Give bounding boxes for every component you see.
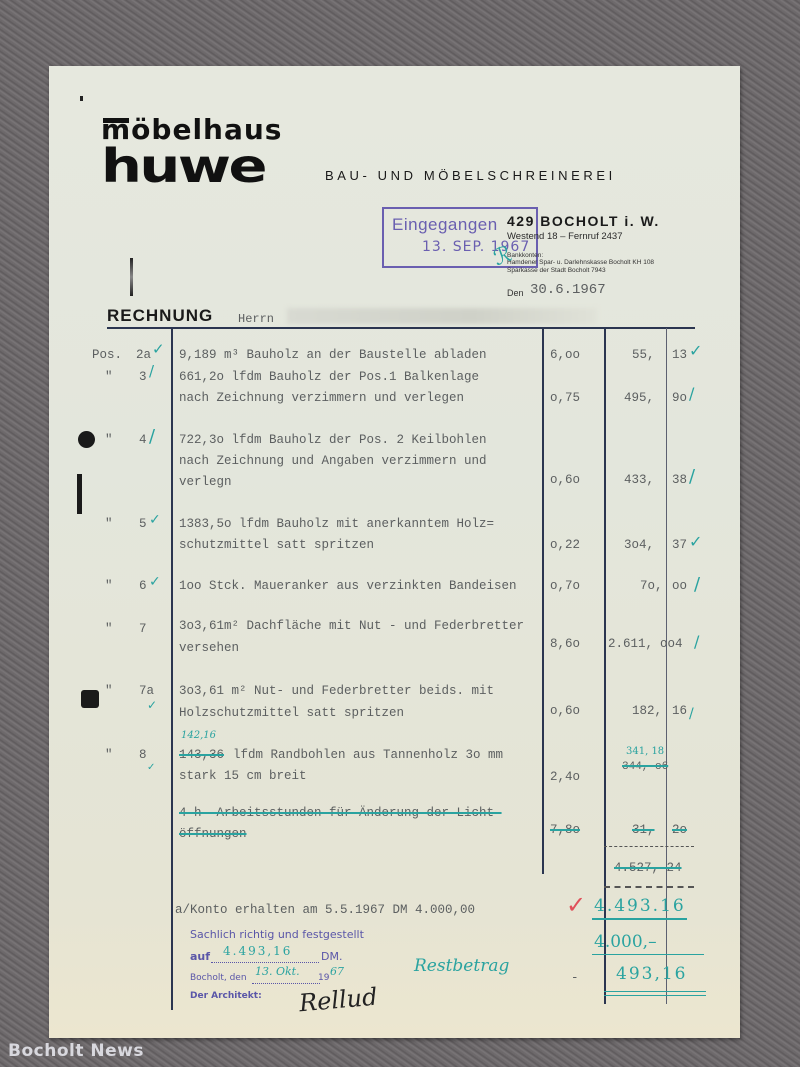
red-check-icon: ✓ bbox=[566, 891, 586, 919]
salutation: Herrn bbox=[238, 312, 274, 326]
auf-dots bbox=[211, 962, 319, 963]
total-dm: 55, bbox=[632, 348, 655, 362]
pos-prefix: " bbox=[105, 622, 113, 636]
subtotal-struck: 4.527, 24 bbox=[614, 861, 682, 875]
check-icon: / bbox=[149, 426, 155, 447]
check-icon: ✓ bbox=[689, 341, 702, 360]
unit-price: 6,oo bbox=[550, 348, 580, 362]
company-city: 429 BOCHOLT i. W. bbox=[507, 213, 660, 229]
total-pf: 38 bbox=[672, 473, 687, 487]
restbetrag-note: Restbetrag bbox=[414, 956, 509, 976]
total-dm: 495, bbox=[624, 391, 654, 405]
invoice-title: RECHNUNG bbox=[107, 306, 213, 326]
balance-double-underline bbox=[604, 991, 706, 992]
unit-price: o,7o bbox=[550, 579, 580, 593]
pos-prefix: Pos. bbox=[92, 348, 122, 362]
total-struck: 344, o6 bbox=[622, 761, 668, 773]
pos-prefix: " bbox=[105, 579, 113, 593]
check-icon: / bbox=[694, 632, 699, 651]
item-desc-struck: 4 h Arbeitsstunden für Änderung der Lich… bbox=[179, 806, 502, 820]
check-icon: ✓ bbox=[149, 512, 161, 528]
item-desc: 1oo Stck. Maueranker aus verzinkten Band… bbox=[179, 579, 517, 593]
total-dashes bbox=[604, 886, 694, 888]
pos-number: 6 bbox=[139, 579, 147, 593]
pos-number: 7a bbox=[139, 684, 154, 698]
item-desc: lfdm Randbohlen aus Tannenholz 3o mm bbox=[233, 748, 503, 762]
total-dm: 182, bbox=[632, 704, 662, 718]
punch-mark bbox=[130, 258, 133, 296]
item-desc: 9,189 m³ Bauholz an der Baustelle ablade… bbox=[179, 348, 487, 362]
qty-struck: 143,36 bbox=[179, 748, 224, 762]
auf-label: auf bbox=[190, 950, 210, 963]
total-dm-struck: 31, bbox=[632, 823, 655, 837]
item-desc: 722,3o lfdm Bauholz der Pos. 2 Keilbohle… bbox=[179, 433, 487, 447]
year-suffix: 67 bbox=[330, 965, 344, 978]
total-pf: 37 bbox=[672, 538, 687, 552]
check-icon: / bbox=[689, 466, 695, 487]
balance-sign: - bbox=[571, 971, 579, 985]
total-pf-struck: 2o bbox=[672, 823, 687, 837]
total-dm: 7o, bbox=[640, 579, 663, 593]
check-icon: ✓ bbox=[149, 574, 161, 590]
unit-price-struck: 7,8o bbox=[550, 823, 580, 837]
brand-line2: huwe bbox=[101, 146, 265, 186]
check-icon: / bbox=[149, 362, 154, 380]
punch-mark bbox=[80, 96, 83, 101]
item-desc: nach Zeichnung verzimmern und verlegen bbox=[179, 391, 464, 405]
balance: 493,16 bbox=[616, 964, 687, 984]
pos-number: 8 bbox=[139, 748, 147, 762]
item-desc-struck: öffnungen bbox=[179, 827, 247, 841]
corrected-total: 4.493.16 bbox=[594, 896, 686, 916]
date-label: Den bbox=[507, 288, 524, 298]
date-dots bbox=[252, 983, 320, 984]
item-desc: stark 15 cm breit bbox=[179, 769, 307, 783]
unit-price: 2,4o bbox=[550, 770, 580, 784]
invoice-date: 30.6.1967 bbox=[530, 282, 606, 298]
auf-value: 4.493,16 bbox=[223, 944, 292, 958]
pos-prefix: " bbox=[105, 433, 113, 447]
total-pf: 13 bbox=[672, 348, 687, 362]
architect-signature: Rellud bbox=[298, 983, 379, 1018]
stamp-label: Eingegangen bbox=[392, 215, 498, 235]
invoice-paper: möbelhaus huwe BAU- UND MÖBELSCHREINEREI… bbox=[49, 66, 740, 1038]
unit-price: o,75 bbox=[550, 391, 580, 405]
year-prefix: 19 bbox=[318, 973, 329, 983]
punch-hole bbox=[78, 431, 95, 448]
unit-price: o,22 bbox=[550, 538, 580, 552]
total-correction: 341, 18 bbox=[626, 746, 664, 757]
total-pf: 16 bbox=[672, 704, 687, 718]
dm-label: DM. bbox=[321, 950, 342, 963]
pos-number: 2a bbox=[136, 348, 151, 362]
check-icon: / bbox=[689, 706, 694, 722]
item-desc: versehen bbox=[179, 641, 239, 655]
pos-number: 3 bbox=[139, 370, 147, 384]
pos-prefix: " bbox=[105, 370, 113, 384]
architect-label: Der Architekt: bbox=[190, 991, 262, 1001]
balance-double-underline bbox=[604, 995, 706, 996]
total-dm: 3o4, bbox=[624, 538, 654, 552]
total-dm: 433, bbox=[624, 473, 654, 487]
total-dm: 2.611, bbox=[608, 637, 653, 651]
check-icon: ✓ bbox=[147, 698, 157, 712]
punch-hole bbox=[81, 690, 99, 708]
unit-price: 8,6o bbox=[550, 637, 580, 651]
check-icon: ✓ bbox=[152, 340, 165, 358]
item-desc: 3o3,61 m² Nut- und Federbretter beids. m… bbox=[179, 684, 494, 698]
company-address: Westend 18 – Fernruf 2437 bbox=[507, 231, 622, 242]
item-desc: 3o3,61m² Dachfläche mit Nut - und Federb… bbox=[179, 619, 524, 633]
certification-line: Sachlich richtig und festgestellt bbox=[190, 928, 364, 941]
item-desc: 1383,5o lfdm Bauholz mit anerkanntem Hol… bbox=[179, 517, 494, 531]
item-desc: schutzmittel satt spritzen bbox=[179, 538, 374, 552]
bank-account-1: Hamdener Spar- u. Darlehnskasse Bocholt … bbox=[507, 259, 654, 266]
pos-number: 5 bbox=[139, 517, 147, 531]
total-underline bbox=[592, 918, 687, 920]
tagline: BAU- UND MÖBELSCHREINEREI bbox=[325, 168, 616, 183]
column-line-desc bbox=[171, 328, 173, 1010]
advance-underline bbox=[592, 954, 704, 955]
item-desc: verlegn bbox=[179, 475, 232, 489]
total-pf: 9o bbox=[672, 391, 687, 405]
item-desc: 661,2o lfdm Bauholz der Pos.1 Balkenlage bbox=[179, 370, 479, 384]
place-label: Bocholt, den bbox=[190, 973, 247, 983]
check-icon: ✓ bbox=[147, 762, 155, 773]
pos-number: 4 bbox=[139, 433, 147, 447]
header-rule bbox=[107, 327, 695, 329]
check-icon: / bbox=[694, 574, 700, 595]
pos-prefix: " bbox=[105, 517, 113, 531]
unit-price: o,6o bbox=[550, 704, 580, 718]
qty-correction: 142,16 bbox=[181, 730, 216, 741]
item-desc: Holzschutzmittel satt spritzen bbox=[179, 706, 404, 720]
bank-account-2: Sparkasse der Stadt Bocholt 7943 bbox=[507, 267, 606, 274]
total-pf: oo4 bbox=[660, 637, 683, 651]
punch-mark bbox=[77, 474, 82, 514]
column-line-price bbox=[542, 328, 544, 874]
pos-prefix: " bbox=[105, 748, 113, 762]
item-desc: nach Zeichnung und Angaben verzimmern un… bbox=[179, 454, 487, 468]
cert-date: 13. Okt. bbox=[255, 965, 300, 978]
redacted-recipient bbox=[287, 308, 597, 324]
subtotal-dashes bbox=[604, 846, 694, 847]
pos-prefix: " bbox=[105, 684, 113, 698]
check-icon: ✓ bbox=[689, 532, 702, 551]
pos-number: 7 bbox=[139, 622, 147, 636]
advance-amount: 4.000,– bbox=[594, 932, 657, 952]
advance-text: a/Konto erhalten am 5.5.1967 DM 4.000,00 bbox=[175, 903, 475, 917]
total-pf: oo bbox=[672, 579, 687, 593]
unit-price: o,6o bbox=[550, 473, 580, 487]
check-icon: / bbox=[689, 384, 694, 403]
watermark: Bocholt News bbox=[8, 1041, 144, 1061]
